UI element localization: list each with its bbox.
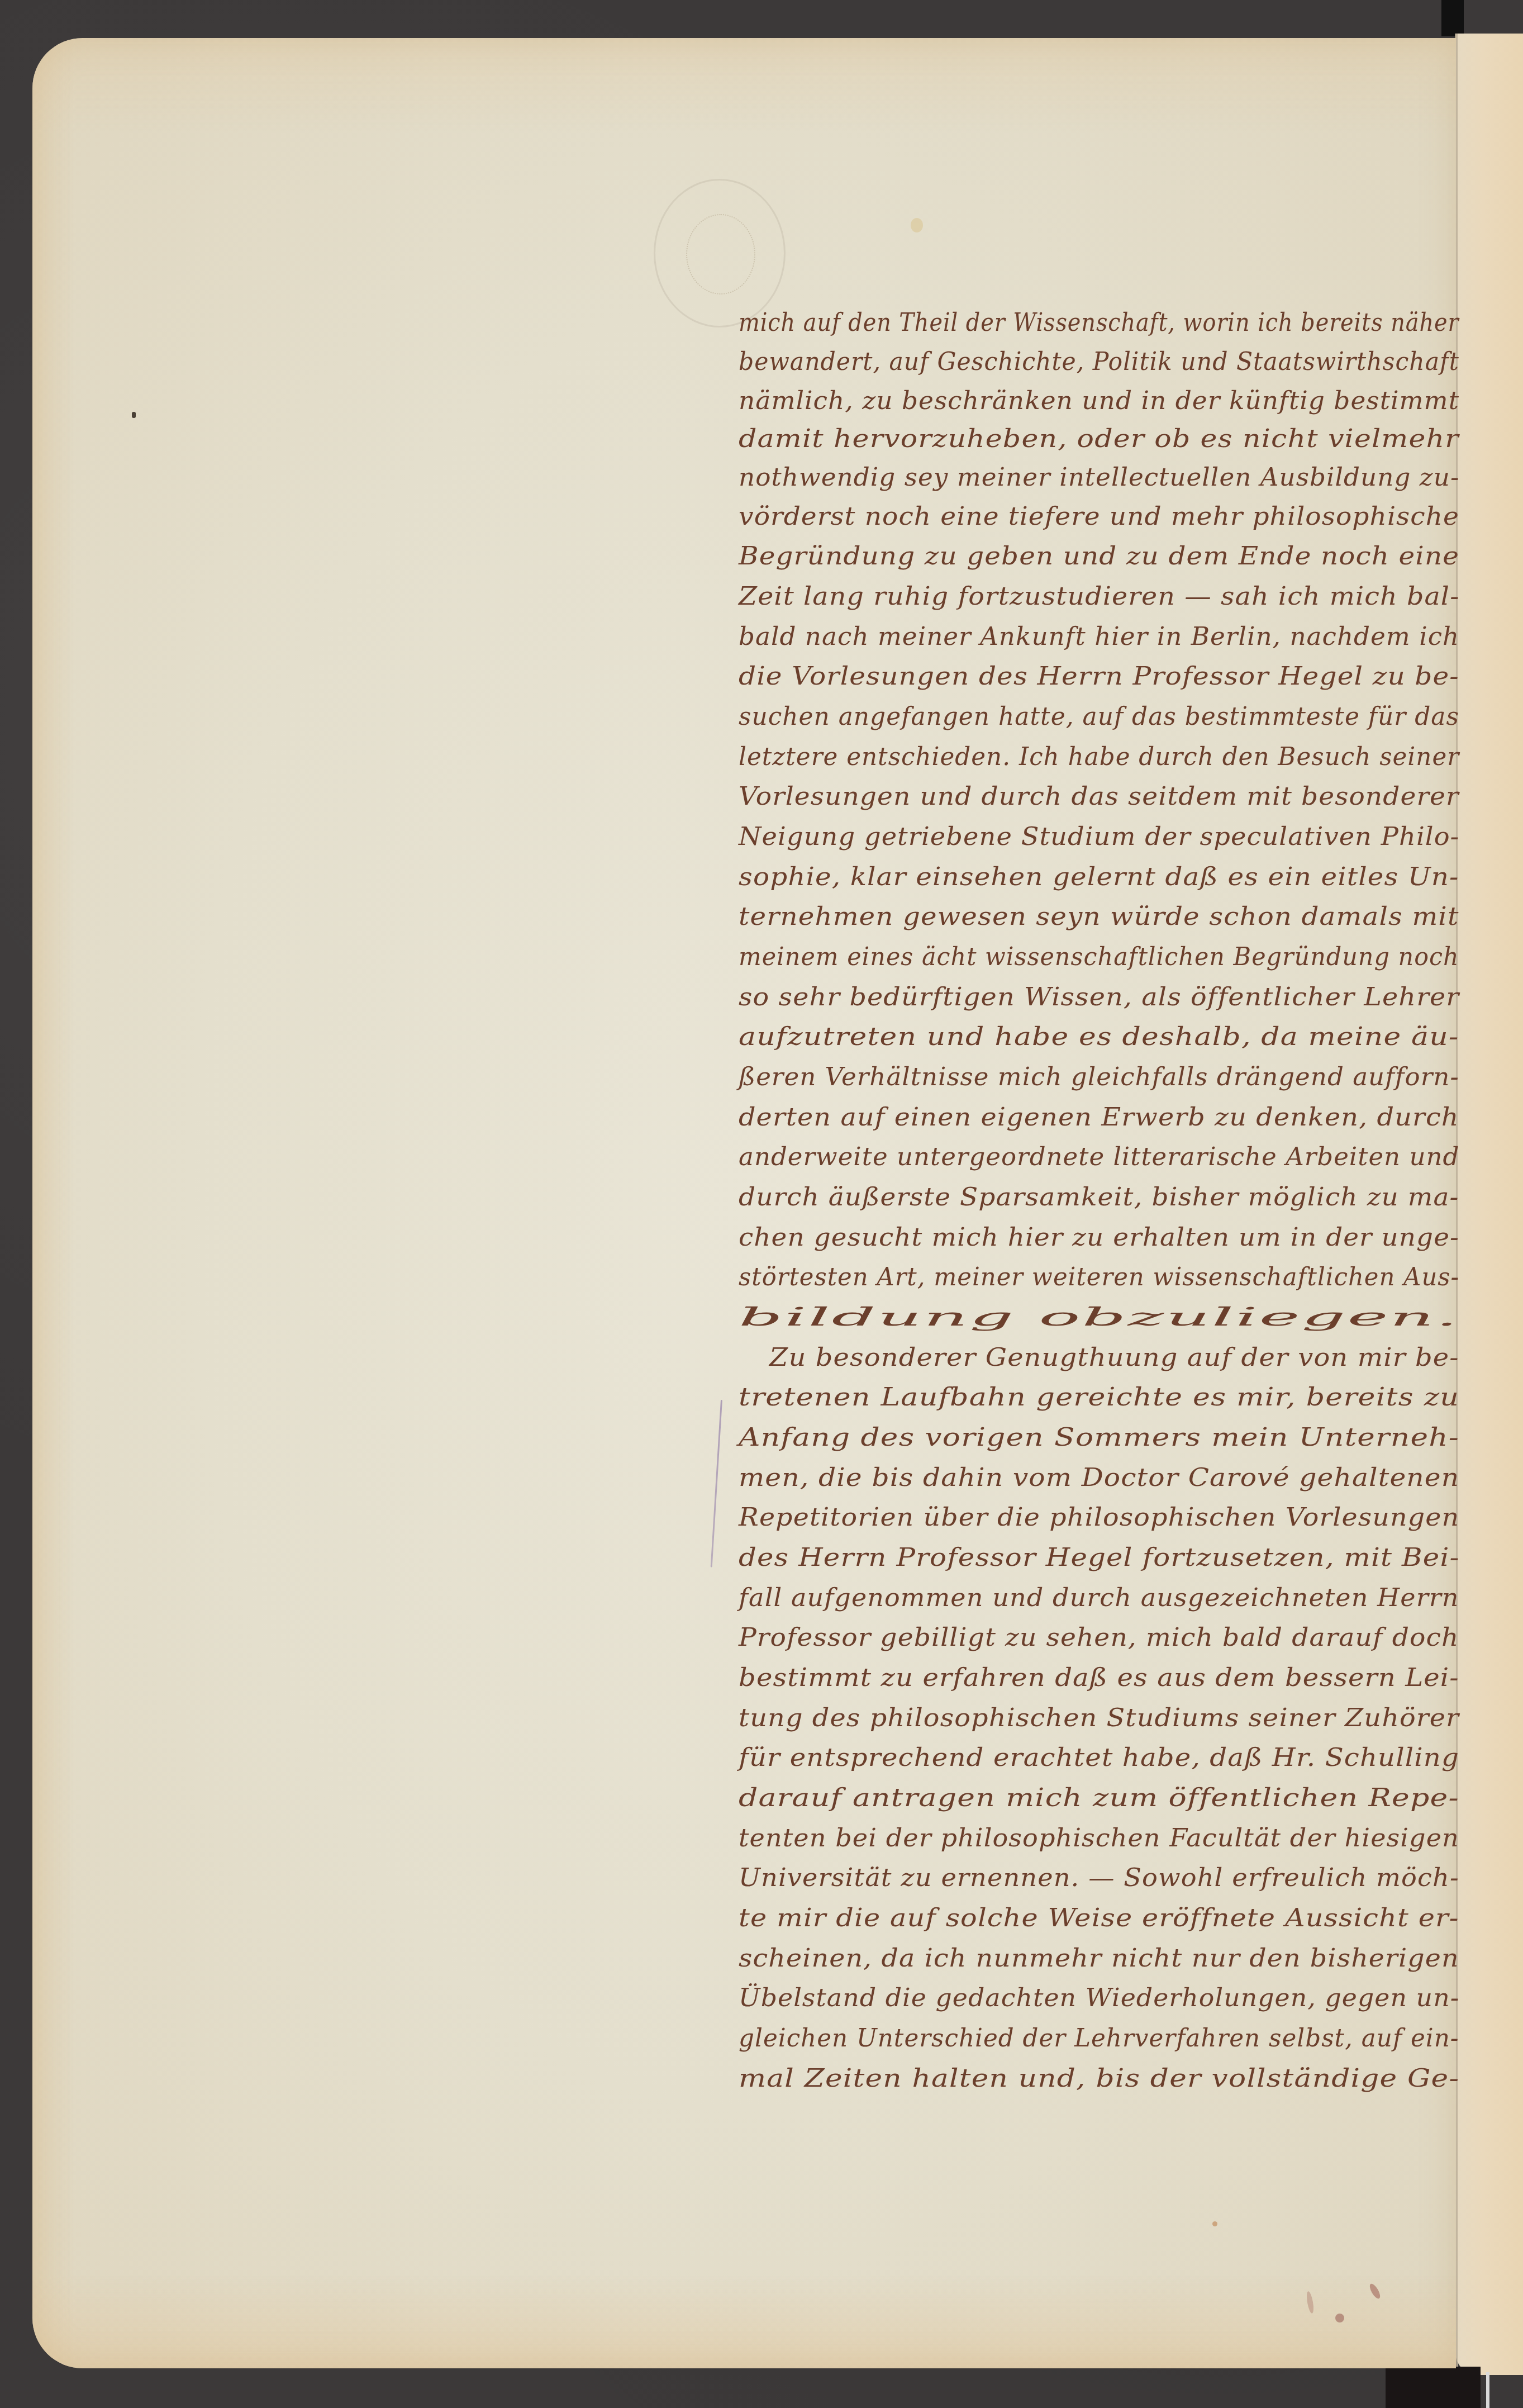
- text-line: anderweite untergeordnete litterarische …: [739, 1141, 1459, 1174]
- text-line: derten auf einen eigenen Erwerb zu denke…: [739, 1101, 1459, 1134]
- line-text: tung des philosophischen Studiums seiner…: [739, 1704, 1459, 1732]
- text-line: Zeit lang ruhig fortzustudieren — sah ic…: [739, 580, 1459, 614]
- line-text: darauf antragen mich zum öffentlichen Re…: [739, 1784, 1459, 1812]
- text-line: tung des philosophischen Studiums seiner…: [739, 1702, 1459, 1735]
- text-line: Begründung zu geben und zu dem Ende noch…: [739, 540, 1459, 573]
- next-leaf-edge: [1455, 34, 1523, 2375]
- text-line: nämlich, zu beschränken und in der künft…: [739, 384, 1459, 418]
- line-text: gleichen Unterschied der Lehrverfahren s…: [739, 2024, 1459, 2053]
- line-text: Anfang des vorigen Sommers mein Unterneh…: [739, 1423, 1459, 1452]
- text-line: bewandert, auf Geschichte, Politik und S…: [739, 345, 1459, 379]
- text-line: darauf antragen mich zum öffentlichen Re…: [739, 1782, 1459, 1815]
- line-text: Vorlesungen und durch das seitdem mit be…: [739, 782, 1459, 811]
- text-line: für entsprechend erachtet habe, daß Hr. …: [739, 1741, 1459, 1775]
- text-line: Universität zu ernennen. — Sowohl erfreu…: [739, 1861, 1459, 1895]
- line-text: nothwendig sey meiner intellectuellen Au…: [739, 463, 1459, 492]
- line-text: Repetitorien über die philosophischen Vo…: [739, 1503, 1459, 1532]
- line-text: durch äußerste Sparsamkeit, bisher mögli…: [739, 1183, 1459, 1212]
- line-text: Übelstand die gedachten Wiederholungen, …: [739, 1984, 1459, 2012]
- line-text: Professor gebilligt zu sehen, mich bald …: [739, 1623, 1459, 1652]
- line-text: bewandert, auf Geschichte, Politik und S…: [739, 348, 1459, 376]
- line-text: bestimmt zu erfahren daß es aus dem bess…: [739, 1664, 1459, 1692]
- line-text: so sehr bedürftigen Wissen, als öffentli…: [739, 983, 1459, 1011]
- line-text: chen gesucht mich hier zu erhalten um in…: [739, 1223, 1459, 1252]
- text-line: Vorlesungen und durch das seitdem mit be…: [739, 780, 1459, 814]
- text-line: tretenen Laufbahn gereichte es mir, bere…: [739, 1381, 1459, 1414]
- text-line: gleichen Unterschied der Lehrverfahren s…: [739, 2022, 1459, 2055]
- text-line: bestimmt zu erfahren daß es aus dem bess…: [739, 1661, 1459, 1695]
- line-text: Begründung zu geben und zu dem Ende noch…: [739, 542, 1459, 571]
- text-line: ßeren Verhältnisse mich gleichfalls drän…: [739, 1061, 1459, 1094]
- text-line: Zu besonderer Genugthuung auf der von mi…: [769, 1341, 1459, 1375]
- line-text: ßeren Verhältnisse mich gleichfalls drän…: [739, 1063, 1459, 1091]
- text-line: damit hervorzuheben, oder ob es nicht vi…: [739, 422, 1459, 456]
- foxing-spot: [911, 218, 923, 232]
- text-line: bald nach meiner Ankunft hier in Berlin,…: [739, 620, 1459, 654]
- line-text: tenten bei der philosophischen Facultät …: [739, 1824, 1459, 1853]
- text-line: ternehmen gewesen seyn würde schon damal…: [739, 900, 1459, 934]
- text-line: scheinen, da ich nunmehr nicht nur den b…: [739, 1942, 1459, 1975]
- text-line: suchen angefangen hatte, auf das bestimm…: [739, 700, 1459, 734]
- line-text: nämlich, zu beschränken und in der künft…: [739, 387, 1459, 415]
- ink-stain: [1335, 2314, 1344, 2322]
- line-text: mich auf den Theil der Wissenschaft, wor…: [739, 308, 1459, 337]
- line-text: für entsprechend erachtet habe, daß Hr. …: [739, 1744, 1459, 1772]
- line-text: scheinen, da ich nunmehr nicht nur den b…: [739, 1944, 1459, 1973]
- text-line: meinem eines ächt wissenschaftlichen Beg…: [739, 941, 1459, 974]
- foxing-spot: [1212, 2221, 1217, 2226]
- text-line: Übelstand die gedachten Wiederholungen, …: [739, 1982, 1459, 2015]
- text-line: mal Zeiten halten und, bis der vollständ…: [739, 2062, 1459, 2096]
- text-line: men, die bis dahin vom Doctor Carové geh…: [739, 1461, 1459, 1495]
- text-line: vörderst noch eine tiefere und mehr phil…: [739, 500, 1459, 534]
- library-stamp-icon: [654, 179, 786, 327]
- text-line: tenten bei der philosophischen Facultät …: [739, 1822, 1459, 1855]
- line-text: meinem eines ächt wissenschaftlichen Beg…: [739, 943, 1459, 971]
- line-text: fall aufgenommen und durch ausgezeichnet…: [739, 1584, 1459, 1612]
- line-text: störtesten Art, meiner weiteren wissensc…: [739, 1263, 1459, 1291]
- line-text: vörderst noch eine tiefere und mehr phil…: [739, 502, 1459, 531]
- line-text: tretenen Laufbahn gereichte es mir, bere…: [739, 1383, 1459, 1412]
- text-line: letztere entschieden. Ich habe durch den…: [739, 740, 1459, 774]
- line-text: aufzutreten und habe es deshalb, da mein…: [739, 1023, 1459, 1051]
- text-line: störtesten Art, meiner weiteren wissensc…: [739, 1261, 1459, 1294]
- line-text: damit hervorzuheben, oder ob es nicht vi…: [739, 425, 1459, 453]
- line-text: bald nach meiner Ankunft hier in Berlin,…: [739, 623, 1459, 651]
- line-text: ternehmen gewesen seyn würde schon damal…: [739, 903, 1459, 931]
- text-line: Neigung getriebene Studium der speculati…: [739, 820, 1459, 854]
- line-text: men, die bis dahin vom Doctor Carové geh…: [739, 1464, 1459, 1492]
- text-line: Professor gebilligt zu sehen, mich bald …: [739, 1621, 1459, 1655]
- line-text: te mir die auf solche Weise eröffnete Au…: [739, 1904, 1459, 1932]
- line-text: Zeit lang ruhig fortzustudieren — sah ic…: [739, 582, 1459, 611]
- line-text: sophie, klar einsehen gelernt daß es ein…: [739, 863, 1459, 891]
- line-text: anderweite untergeordnete litterarische …: [739, 1143, 1459, 1171]
- margin-ink-dot: [132, 412, 136, 418]
- text-line: fall aufgenommen und durch ausgezeichnet…: [739, 1581, 1459, 1615]
- line-text: Neigung getriebene Studium der speculati…: [739, 823, 1459, 851]
- text-line: te mir die auf solche Weise eröffnete Au…: [739, 1902, 1459, 1935]
- stamp-emblem: [686, 214, 755, 295]
- text-line: durch äußerste Sparsamkeit, bisher mögli…: [739, 1181, 1459, 1214]
- line-text: Zu besonderer Genugthuung auf der von mi…: [769, 1343, 1459, 1372]
- line-text: des Herrn Professor Hegel fortzusetzen, …: [739, 1543, 1459, 1572]
- line-text: letztere entschieden. Ich habe durch den…: [739, 743, 1459, 771]
- text-line: sophie, klar einsehen gelernt daß es ein…: [739, 861, 1459, 894]
- text-line: chen gesucht mich hier zu erhalten um in…: [739, 1221, 1459, 1255]
- line-text: die Vorlesungen des Herrn Professor Hege…: [739, 662, 1459, 691]
- text-line: die Vorlesungen des Herrn Professor Hege…: [739, 660, 1459, 694]
- text-line: Repetitorien über die philosophischen Vo…: [739, 1501, 1459, 1535]
- text-line: Anfang des vorigen Sommers mein Unterneh…: [739, 1421, 1459, 1455]
- binding-strip-top: [1441, 0, 1464, 36]
- line-text: bildung obzuliegen.: [739, 1303, 1459, 1332]
- line-text: mal Zeiten halten und, bis der vollständ…: [739, 2064, 1459, 2093]
- line-text: derten auf einen eigenen Erwerb zu denke…: [739, 1103, 1459, 1132]
- binding-strip-bottom: [1386, 2367, 1481, 2408]
- binding-light-edge: [1486, 2372, 1489, 2408]
- text-line: aufzutreten und habe es deshalb, da mein…: [739, 1020, 1459, 1054]
- line-text: Universität zu ernennen. — Sowohl erfreu…: [739, 1864, 1459, 1892]
- text-line: des Herrn Professor Hegel fortzusetzen, …: [739, 1541, 1459, 1575]
- text-line: bildung obzuliegen.: [739, 1301, 1459, 1334]
- text-line: so sehr bedürftigen Wissen, als öffentli…: [739, 981, 1459, 1014]
- text-line: mich auf den Theil der Wissenschaft, wor…: [739, 306, 1459, 340]
- line-text: suchen angefangen hatte, auf das bestimm…: [739, 702, 1459, 731]
- text-line: nothwendig sey meiner intellectuellen Au…: [739, 461, 1459, 495]
